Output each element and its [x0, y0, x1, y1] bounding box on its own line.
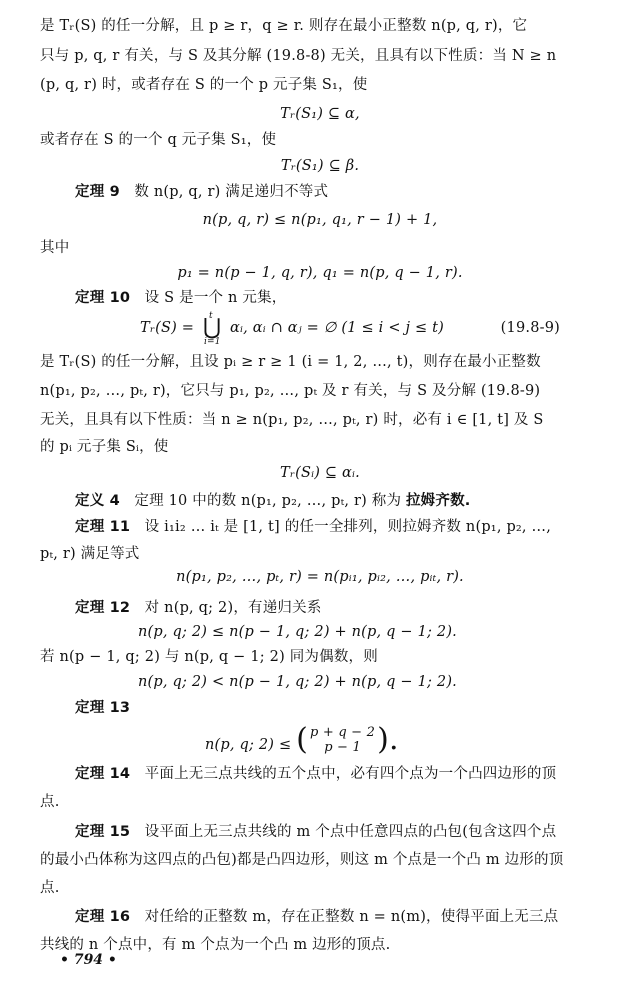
equation-number: (19.8-9): [501, 318, 560, 338]
text-line: 共线的 n 个点中，有 m 个点为一个凸 m 边形的顶点.: [40, 935, 600, 955]
text-line: 只与 p, q, r 有关，与 S 及其分解 (19.8-8) 无关，且具有以下…: [40, 46, 600, 66]
theorem-10: 定理 10 设 S 是一个 n 元集，: [75, 288, 635, 308]
definition-text: 定理 10 中的数 n(p₁, p₂, …, pₜ, r) 称为: [134, 493, 401, 509]
theorem-text: 数 n(p, q, r) 满足递归不等式: [134, 184, 328, 200]
theorem-label: 定理 10: [75, 290, 130, 306]
page-number: • 794 •: [60, 952, 117, 968]
theorem-text: 设 S 是一个 n 元集，: [145, 290, 287, 306]
binomial-top: p + q − 2: [310, 725, 375, 740]
text-line: 的 pᵢ 元子集 Sᵢ，使: [40, 437, 600, 457]
formula-binomial: n(p, q; 2) ≤ ( p + q − 2 p − 1 ).: [205, 725, 505, 762]
formula-lhs: n(p, q; 2) ≤: [205, 737, 291, 753]
formula: n(p₁, p₂, …, pₜ, r) = n(pᵢ₁, pᵢ₂, …, pᵢₜ…: [0, 567, 640, 587]
document-page: 是 Tᵣ(S) 的任一分解，且 p ≥ r，q ≥ r. 则存在最小正整数 n(…: [0, 0, 640, 988]
big-union-symbol: ⋃ t i=1: [203, 318, 221, 338]
binomial-coefficient: ( p + q − 2 p − 1 ).: [296, 725, 399, 755]
theorem-label: 定理 12: [75, 600, 130, 616]
text-line: 点.: [40, 792, 600, 812]
right-paren: ).: [377, 725, 399, 755]
theorem-text: 平面上无三点共线的五个点中，必有四个点为一个凸四边形的顶: [145, 766, 557, 782]
formula: Tᵣ(Sᵢ) ⊆ αᵢ.: [0, 463, 640, 483]
theorem-11: 定理 11 设 i₁i₂ … iₜ 是 [1, t] 的任一全排列，则拉姆齐数 …: [75, 517, 635, 537]
text-line: 或者存在 S 的一个 q 元子集 S₁，使: [40, 130, 600, 150]
theorem-9: 定理 9 数 n(p, q, r) 满足递归不等式: [75, 182, 635, 202]
theorem-label: 定理 13: [75, 700, 130, 716]
union-lower-limit: i=1: [204, 332, 221, 352]
text-line: 是 Tᵣ(S) 的任一分解，且设 pᵢ ≥ r ≥ 1 (i = 1, 2, ……: [40, 352, 600, 372]
union-upper-limit: t: [209, 306, 213, 326]
theorem-text: 设平面上无三点共线的 m 个点中任意四点的凸包(包含这四个点: [145, 824, 557, 840]
theorem-label: 定理 9: [75, 184, 120, 200]
formula: n(p, q, r) ≤ n(p₁, q₁, r − 1) + 1,: [0, 210, 640, 230]
text-line: n(p₁, p₂, …, pₜ, r)，它只与 p₁, p₂, …, pₜ 及 …: [40, 381, 600, 401]
formula: p₁ = n(p − 1, q, r), q₁ = n(p, q − 1, r)…: [0, 263, 640, 283]
binomial-bottom: p − 1: [310, 740, 375, 755]
binomial-stack: p + q − 2 p − 1: [308, 725, 377, 755]
formula: Tᵣ(S₁) ⊆ β.: [0, 156, 640, 176]
theorem-text: 对 n(p, q; 2)，有递归关系: [145, 600, 322, 616]
theorem-label: 定理 14: [75, 766, 130, 782]
theorem-label: 定理 15: [75, 824, 130, 840]
left-paren: (: [296, 725, 308, 755]
theorem-12: 定理 12 对 n(p, q; 2)，有递归关系: [75, 598, 635, 618]
theorem-13: 定理 13: [75, 698, 635, 718]
formula-rhs: αᵢ, αᵢ ∩ αⱼ = ∅ (1 ≤ i < j ≤ t): [230, 320, 444, 336]
text-line: (p, q, r) 时，或者存在 S 的一个 p 元子集 S₁，使: [40, 75, 600, 95]
formula-lhs: Tᵣ(S) =: [140, 320, 194, 336]
text-line: pₜ, r) 满足等式: [40, 544, 600, 564]
theorem-label: 定理 16: [75, 909, 130, 925]
theorem-text: 对任给的正整数 m，存在正整数 n = n(m)，使得平面上无三点: [145, 909, 559, 925]
text-line: 点.: [40, 878, 600, 898]
definition-label: 定义 4: [75, 493, 120, 509]
theorem-16: 定理 16 对任给的正整数 m，存在正整数 n = n(m)，使得平面上无三点: [75, 907, 635, 927]
theorem-15: 定理 15 设平面上无三点共线的 m 个点中任意四点的凸包(包含这四个点: [75, 822, 635, 842]
formula: n(p, q; 2) < n(p − 1, q; 2) + n(p, q − 1…: [138, 672, 640, 692]
definition-4: 定义 4 定理 10 中的数 n(p₁, p₂, …, pₜ, r) 称为 拉姆…: [75, 491, 635, 511]
defined-term: 拉姆齐数.: [406, 493, 471, 509]
text-line: 的最小凸体称为这四点的凸包)都是凸四边形，则这 m 个点是一个凸 m 边形的顶: [40, 850, 600, 870]
text-line: 是 Tᵣ(S) 的任一分解，且 p ≥ r，q ≥ r. 则存在最小正整数 n(…: [40, 16, 600, 36]
formula: Tᵣ(S₁) ⊆ α,: [0, 104, 640, 124]
text-line: 若 n(p − 1, q; 2) 与 n(p, q − 1; 2) 同为偶数，则: [40, 647, 600, 667]
theorem-label: 定理 11: [75, 519, 130, 535]
text-line: 无关，且具有以下性质：当 n ≥ n(p₁, p₂, …, pₜ, r) 时，必…: [40, 410, 600, 430]
formula-19-8-9: Tᵣ(S) = ⋃ t i=1 αᵢ, αᵢ ∩ αⱼ = ∅ (1 ≤ i <…: [140, 318, 600, 338]
formula: n(p, q; 2) ≤ n(p − 1, q; 2) + n(p, q − 1…: [138, 622, 640, 642]
text-line: 其中: [40, 238, 600, 258]
theorem-14: 定理 14 平面上无三点共线的五个点中，必有四个点为一个凸四边形的顶: [75, 764, 635, 784]
theorem-text: 设 i₁i₂ … iₜ 是 [1, t] 的任一全排列，则拉姆齐数 n(p₁, …: [145, 519, 551, 535]
